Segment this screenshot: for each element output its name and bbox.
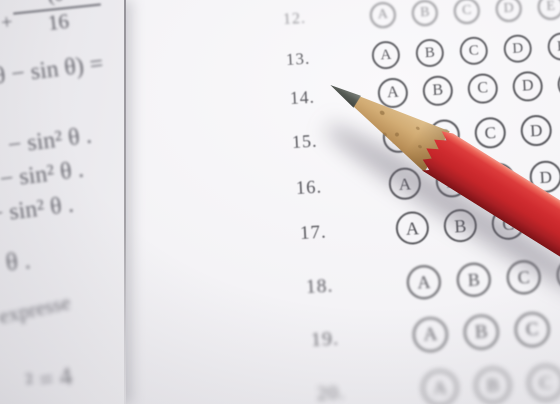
question-number: 17. [299, 219, 381, 245]
question-row: 19.ABCDE [310, 306, 560, 358]
answer-bubble-d: D [520, 114, 552, 146]
answer-bubble-b: B [463, 314, 500, 351]
formula-line: n expresse [0, 290, 73, 333]
page-edge [124, 0, 126, 404]
answer-bubble-c: C [474, 117, 506, 149]
question-row: 13.ABCDE [285, 32, 560, 74]
question-number: 19. [310, 325, 397, 352]
question-number: 13. [286, 47, 357, 70]
formula-line: θ − sin θ) = [0, 51, 105, 91]
answer-bubble-d: D [495, 0, 522, 23]
answer-bubble-a: A [369, 1, 396, 28]
answer-bubble-d: D [512, 71, 543, 102]
answer-bubble-a: A [406, 264, 442, 300]
answer-bubble-a: A [371, 40, 400, 69]
formula-line: ² = 4 [24, 363, 74, 398]
answer-bubble-e: E [537, 0, 560, 21]
question-number: 20. [316, 378, 405, 404]
question-number: 16. [295, 175, 374, 200]
answer-bubble-a: A [395, 211, 430, 246]
formula-line: − sin² θ . [6, 123, 93, 160]
answer-bubble-d: D [503, 34, 532, 63]
question-row: 14.ABCDE [289, 68, 560, 113]
answer-bubble-c: C [514, 311, 551, 348]
formula-line: − sin² θ . [0, 192, 75, 229]
question-number: 18. [305, 273, 391, 299]
formula-line: − sin² θ . [0, 157, 85, 194]
answer-bubble-b: B [474, 367, 512, 404]
answer-bubble-b: B [415, 38, 444, 67]
formula-line: θ . [4, 247, 32, 278]
answer-bubble-a: A [412, 316, 449, 353]
formula-sheet: + (θ 16 θ − sin θ) =− sin² θ .− sin² θ .… [0, 0, 126, 404]
question-number: 12. [283, 8, 355, 29]
photo-scene: 12.ABCDE13.ABCDE14.ABCDE15.ABCDE16.ABCDE… [0, 0, 560, 404]
answer-bubble-b: B [456, 262, 492, 298]
answer-bubble-b: B [411, 0, 438, 27]
answer-bubble-c: C [467, 73, 498, 104]
question-row: 20.ABCDE [316, 359, 560, 404]
plus-sign: + [0, 11, 14, 35]
question-row: 12.ABCDE [282, 0, 560, 33]
answer-bubble-c: C [453, 0, 480, 25]
answer-bubble-b: B [422, 75, 453, 106]
answer-bubble-a: A [421, 369, 459, 404]
answer-bubble-c: C [527, 364, 560, 402]
formula-fraction: + (θ 16 [13, 0, 104, 40]
answer-bubble-a: A [377, 77, 408, 108]
answer-bubble-e: E [547, 32, 560, 61]
answer-bubble-c: C [459, 36, 488, 65]
